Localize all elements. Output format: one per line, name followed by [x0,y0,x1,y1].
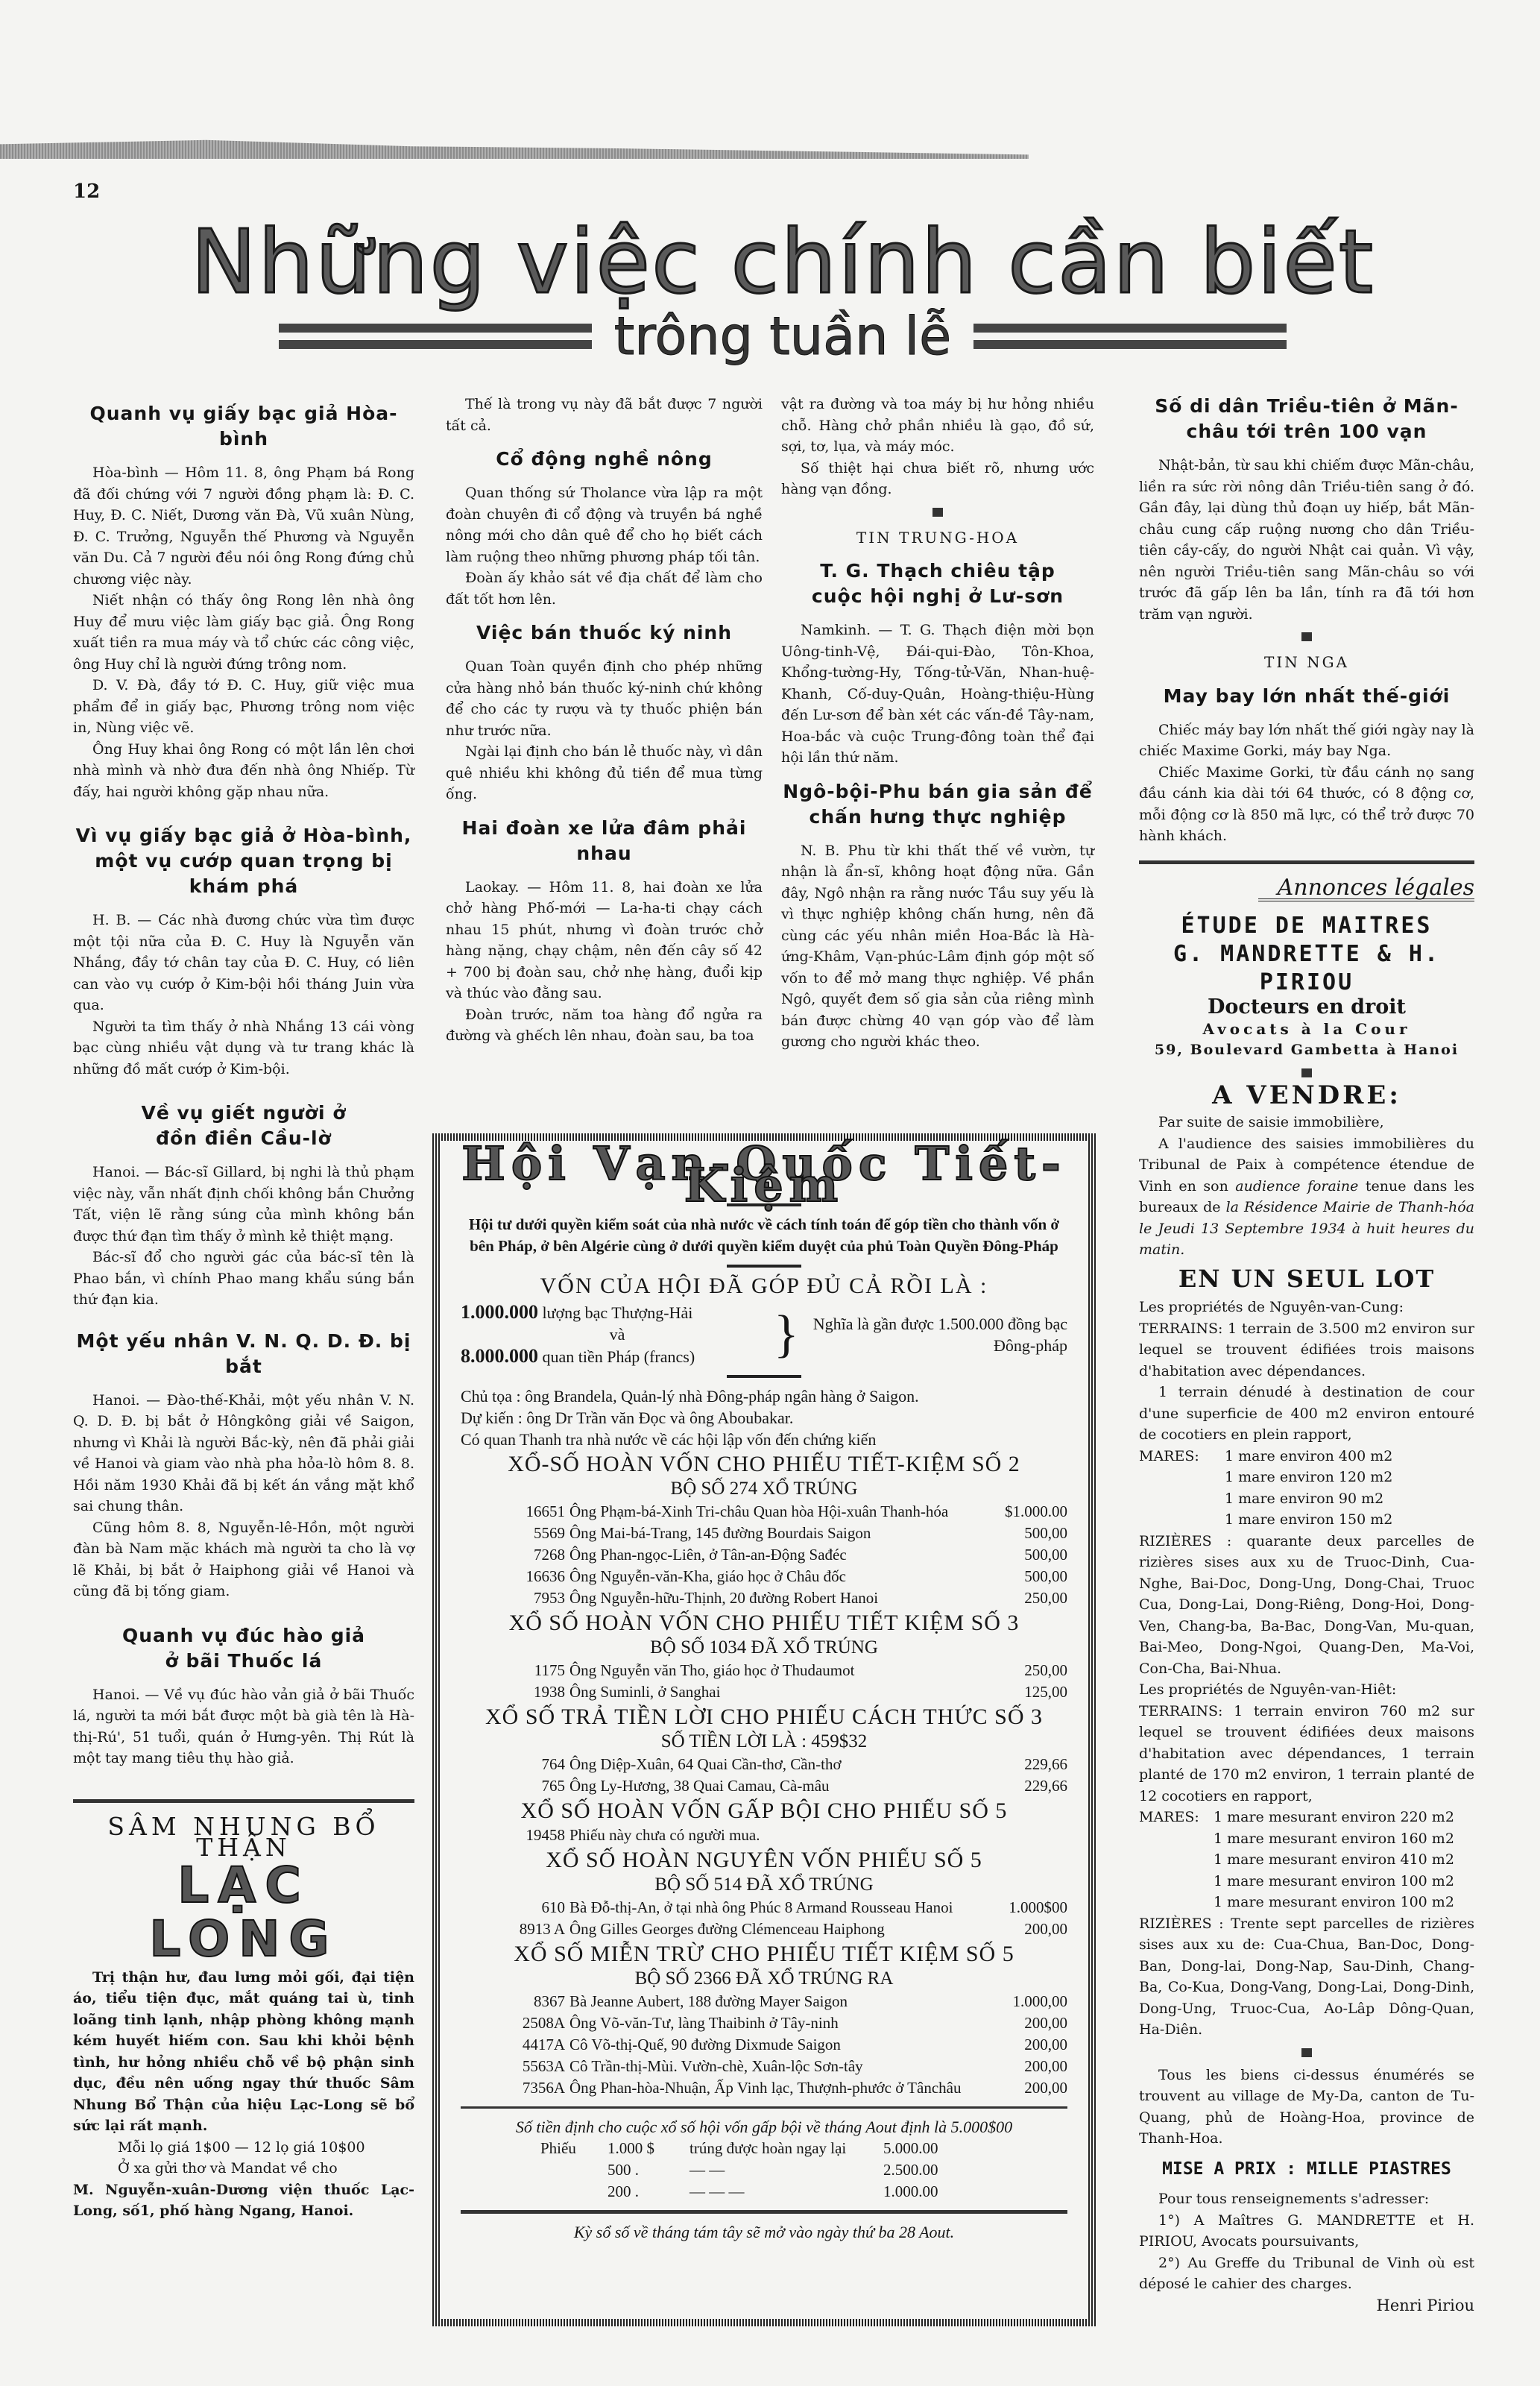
article-title: T. G. Thạch chiêu tập cuộc hội nghị ở Lư… [781,558,1094,609]
article-paragraph: H. B. — Các nhà đương chức vừa tìm được … [73,910,414,1016]
masthead-title: Những việc chính cần biết [171,216,1394,309]
column-2: Thế là trong vụ này đã bắt được 7 người … [446,394,763,1047]
draw-title: XỔ SỐ HOÀN VỐN GẤP BỘI CHO PHIẾU SỐ 5 [461,1800,1067,1822]
winner-name: Cô Võ-thị-Quế, 90 đường Dixmude Saigon [569,2034,981,2056]
property-terrains: TERRAINS: 1 terrain environ 760 m2 sur l… [1139,1701,1474,1807]
masthead-rule-right [973,324,1287,349]
legal-paragraph: Pour tous renseignements s'adresser: [1139,2188,1474,2210]
ticket-number: 19458 [461,1825,565,1846]
article-title: May bay lớn nhất thế-giới [1139,684,1474,709]
ad-intro: Hội tư dưới quyền kiểm soát của nhà nước… [461,1214,1067,1257]
ornament [1301,632,1312,641]
winner-row: 19458Phiếu này chưa có người mua. [461,1825,1067,1846]
winner-row: 7356AÔng Phan-hòa-Nhuận, Ấp Vinh lạc, Th… [461,2077,1067,2099]
ornament [932,508,943,517]
law-firm-role: Avocats à la Cour [1139,1019,1474,1040]
payout-ticket: 500 . [608,2159,689,2181]
article-title: Hai đoàn xe lửa đâm phải nhau [446,816,763,866]
lac-long-advertisement: SÂM NHUNG BỔ THẬN LẠC LONG Trị thận hư, … [73,1816,414,2222]
prize-amount: 1.000$00 [985,1897,1067,1918]
capital-unit: lượng bạc Thượng-Hải [543,1303,693,1322]
prize-amount: 125,00 [985,1681,1067,1703]
pond-item: 1 mare mesurant environ 100 m2 [1214,1871,1474,1892]
hoi-van-quoc-advertisement: Hội Vạn-Quốc Tiết-Kiệm Hội tư dưới quyền… [432,1133,1096,2326]
ad-title: Hội Vạn-Quốc Tiết-Kiệm [461,1153,1067,1196]
winner-name: Bà Jeanne Aubert, 188 đường Mayer Saigon [569,1991,981,2012]
legal-paragraph: Tous les biens ci-dessus énumérés se tro… [1139,2065,1474,2150]
draw-title: XỔ-SỐ HOÀN VỐN CHO PHIẾU TIẾT-KIỆM SỐ 2 [461,1453,1067,1475]
reserve-price: MISE A PRIX : MILLE PIASTRES [1139,2159,1474,2180]
pond-item: 1 mare mesurant environ 160 m2 [1214,1828,1474,1850]
article-paragraph: Hanoi. — Đào-thế-Khải, một yếu nhân V. N… [73,1390,414,1517]
ticket-number: 8367 [461,1991,565,2012]
winner-row: 8913 AÔng Gilles Georges đường Clémencea… [461,1918,1067,1940]
scan-edge-band [0,138,1029,159]
article-paragraph: Chiếc máy bay lớn nhất thế giới ngày nay… [1139,720,1474,762]
pond-item: 1 mare mesurant environ 410 m2 [1214,1849,1474,1871]
legal-paragraph: 1°) A Maîtres G. MANDRETTE et H. PIRIOU,… [1139,2210,1474,2253]
text-run-italic: audience foraine [1235,1178,1358,1194]
ticket-number: 610 [461,1897,565,1918]
prize-amount: 200,00 [985,2077,1067,2099]
ad-subtitle: SÂM NHUNG BỔ THẬN [73,1816,414,1859]
article-paragraph: D. V. Đà, đầy tớ Đ. C. Huy, giữ việc mua… [73,675,414,739]
law-firm-title: ÉTUDE DE MAITRES [1139,912,1474,940]
pond-item: 1 mare environ 150 m2 [1225,1509,1474,1531]
winner-row: 764Ông Diệp-Xuân, 64 Quai Cần-thơ, Cần-t… [461,1754,1067,1775]
ponds-list: MARES:1 mare environ 400 m2 1 mare envir… [1139,1446,1474,1531]
article-paragraph: Số thiệt hại chưa biết rõ, nhưng ước hàn… [781,458,1094,500]
winner-name: Bà Đỗ-thị-An, ở tại nhà ông Phúc 8 Arman… [569,1897,981,1918]
capital-amount: 8.000.000 [461,1345,538,1367]
lot-heading: EN UN SEUL LOT [1139,1268,1474,1290]
winner-name: Ông Phan-hòa-Nhuận, Ấp Vinh lạc, Thượnh-… [569,2077,981,2099]
payout-ticket: 1.000 $ [608,2138,689,2159]
article-paragraph: Quan Toàn quyền định cho phép những cửa … [446,656,763,741]
article-paragraph: Ông Huy khai ông Rong có một lần lên chơ… [73,739,414,803]
column-4: Số di dân Triều-tiên ở Mãn-châu tới trên… [1139,394,1474,2316]
winner-row: 5563ACô Trần-thị-Mùi. Vườn-chè, Xuân-lộc… [461,2056,1067,2077]
article-paragraph: Chiếc Maxime Gorki, từ đầu cánh nọ sang … [1139,762,1474,847]
ticket-number: 765 [461,1775,565,1797]
article-paragraph: Đoàn ấy khảo sát về địa chất để làm cho … [446,567,763,610]
legal-notices-header: Annonces légales [1258,878,1474,902]
capital-unit: quan tiền Pháp (francs) [543,1347,695,1366]
legal-paragraph: 2°) Au Greffe du Tribunal de Vinh où est… [1139,2253,1474,2295]
ticket-number: 5569 [461,1523,565,1544]
ticket-number: 7268 [461,1544,565,1566]
winner-name: Ông Suminli, ở Sanghai [569,1681,981,1703]
witnesses: Dự kiến : ông Dr Trần văn Đọc và ông Abo… [461,1407,1067,1429]
article-paragraph: Hanoi. — Bác-sĩ Gillard, bị nghi là thủ … [73,1162,414,1247]
article-title: Số di dân Triều-tiên ở Mãn-châu tới trên… [1139,394,1474,444]
signature: Henri Piriou [1139,2295,1474,2317]
article-paragraph: Niết nhận có thấy ông Rong lên nhà ông H… [73,590,414,675]
article-paragraph: Hòa-bình — Hôm 11. 8, ông Phạm bá Rong đ… [73,462,414,590]
capital-amounts: 1.000.000 lượng bạc Thượng-Hải và 8.000.… [461,1301,774,1367]
winner-name: Ông Diệp-Xuân, 64 Quai Cần-thơ, Cần-thơ [569,1754,981,1775]
ponds-label: MARES: [1139,1807,1214,1828]
column-1: Quanh vụ giấy bạc giả Hòa-bình Hòa-bình … [73,401,414,2222]
capital-equivalent: Nghĩa là gần được 1.500.000 đồng bạc Đôn… [789,1313,1067,1356]
draw-title: XỔ SỐ HOÀN VỐN CHO PHIẾU TIẾT KIỆM SỐ 3 [461,1612,1067,1634]
draw-subtitle: BỘ SỐ 274 XỔ TRÚNG [461,1478,1067,1499]
ad-mail: Ở xa gửi thơ và Mandat về cho [73,2158,414,2179]
article-title: Quanh vụ đúc hào giả ở bãi Thuốc lá [73,1623,414,1674]
pond-item: 1 mare mesurant environ 100 m2 [1214,1892,1474,1913]
winner-name: Ông Phạm-bá-Xinh Tri-châu Quan hòa Hội-x… [569,1501,981,1523]
article-paragraph: Đoàn trước, năm toa hàng đổ ngửa ra đườn… [446,1004,763,1047]
prize-amount: 229,66 [985,1754,1067,1775]
ticket-number: 1175 [461,1660,565,1681]
winner-row: 7268Ông Phan-ngọc-Liên, ở Tân-an-Động Sa… [461,1544,1067,1566]
article-paragraph: Người ta tìm thấy ở nhà Nhắng 13 cái vòn… [73,1016,414,1080]
property-ricefields: RIZIÈRES : Trente sept parcelles de rizi… [1139,1913,1474,2041]
pond-item: 1 mare environ 120 m2 [1225,1467,1474,1488]
inspector: Có quan Thanh tra nhà nước về các hội lậ… [461,1429,1067,1450]
article-paragraph: Bác-sĩ đổ cho người gác của bác-sĩ tên l… [73,1247,414,1311]
ticket-number: 16636 [461,1566,565,1587]
winner-row: 16651Ông Phạm-bá-Xinh Tri-châu Quan hòa … [461,1501,1067,1523]
winner-row: 2508AÔng Võ-văn-Tư, làng Thaibinh ở Tây-… [461,2012,1067,2034]
article-title: Vì vụ giấy bạc giả ở Hòa-bình, một vụ cư… [73,823,414,899]
article-title: Một yếu nhân V. N. Q. D. Đ. bị bắt [73,1329,414,1379]
masthead-subtitle: trông tuần lễ [614,306,951,367]
prize-amount: 200,00 [985,1918,1067,1940]
ticket-number: 7356A [461,2077,565,2099]
pond-item: 1 mare mesurant environ 220 m2 [1214,1807,1474,1828]
prize-amount: 229,66 [985,1775,1067,1797]
article-title: Cổ động nghề nông [446,447,763,472]
draw-title: XỔ SỐ HOÀN NGUYÊN VỐN PHIẾU SỐ 5 [461,1849,1067,1871]
payout-text: — — — [689,2181,883,2203]
article-paragraph: Namkinh. — T. G. Thạch điện mời bọn Uông… [781,620,1094,769]
capital-heading: VỐN CỦA HỘI ĐÃ GÓP ĐỦ CẢ RỒI LÀ : [461,1275,1067,1297]
prize-amount: 200,00 [985,2034,1067,2056]
payout-text: trúng được hoàn ngay lại [689,2138,883,2159]
prize-amount: 500,00 [985,1544,1067,1566]
ticket-number: 16651 [461,1501,565,1523]
article-paragraph: Laokay. — Hôm 11. 8, hai đoàn xe lửa chở… [446,877,763,1004]
payout-ticket: 200 . [608,2181,689,2203]
article-paragraph: Cũng hôm 8. 8, Nguyễn-lê-Hồn, một người … [73,1517,414,1602]
divider [461,2106,1067,2109]
property-owner: Les propriétés de Nguyên-van-Hiêt: [1139,1679,1474,1701]
property-terrains: 1 terrain dénudé à destination de cour d… [1139,1382,1474,1446]
ad-address: M. Nguyễn-xuân-Dương viện thuốc Lạc-Long… [73,2179,414,2222]
prize-amount: 200,00 [985,2012,1067,2034]
payout-label: Phiếu [540,2138,608,2159]
ticket-number: 764 [461,1754,565,1775]
winner-row: 4417ACô Võ-thị-Quế, 90 đường Dixmude Sai… [461,2034,1067,2056]
prize-amount: 200,00 [985,2056,1067,2077]
payout-row: Phiếu1.000 $trúng được hoàn ngay lại5.00… [461,2138,1067,2159]
ornament [1301,1068,1312,1077]
winner-name: Ông Nguyễn-hữu-Thịnh, 20 đường Robert Ha… [569,1587,981,1609]
ornament [1301,2048,1312,2057]
draw-subtitle: BỘ SỐ 2366 ĐÃ XỔ TRÚNG RA [461,1968,1067,1989]
article-title: Việc bán thuốc ký ninh [446,620,763,646]
divider [727,1265,801,1268]
chairman: Chủ tọa : ông Brandela, Quản-lý nhà Đông… [461,1385,1067,1407]
property-owner: Les propriétés de Nguyên-van-Cung: [1139,1297,1474,1318]
divider [727,1375,801,1378]
article-paragraph: Nhật-bản, từ sau khi chiếm được Mãn-châu… [1139,455,1474,625]
winner-name: Cô Trần-thị-Mùi. Vườn-chè, Xuân-lộc Sơn-… [569,2056,981,2077]
section-label: TIN TRUNG-HOA [781,527,1094,549]
ticket-number: 8913 A [461,1918,565,1940]
draw-title: XỔ SỐ MIỄN TRỪ CHO PHIẾU TIẾT KIỆM SỐ 5 [461,1943,1067,1965]
prize-amount: 250,00 [985,1587,1067,1609]
draw-subtitle: BỘ SỐ 514 ĐÃ XỔ TRÚNG [461,1874,1067,1895]
ponds-list: MARES:1 mare mesurant environ 220 m2 1 m… [1139,1807,1474,1913]
payout-row: 500 .— —2.500.00 [461,2159,1067,2181]
section-label: TIN NGA [1139,652,1474,673]
payout-amount: 5.000.00 [883,2138,988,2159]
legal-paragraph: Par suite de saisie immobilière, [1139,1112,1474,1133]
winner-row: 16636Ông Nguyễn-văn-Kha, giáo học ở Châu… [461,1566,1067,1587]
prize-amount: $1.000.00 [985,1501,1067,1523]
column-3: vật ra đường và toa máy bị hư hỏng nhiều… [781,394,1094,1053]
masthead-rule-left [279,324,592,349]
article-paragraph: Hanoi. — Về vụ đúc hào vản giả ở bãi Thu… [73,1684,414,1769]
law-firm-credential: Docteurs en droit [1139,997,1474,1019]
winner-name: Phiếu này chưa có người mua. [569,1825,981,1846]
divider [73,1799,414,1803]
ticket-number: 5563A [461,2056,565,2077]
payout-row: 200 .— — —1.000.00 [461,2181,1067,2203]
payout-label [540,2181,608,2203]
winner-name: Ông Nguyễn-văn-Kha, giáo học ở Châu đốc [569,1566,981,1587]
property-ricefields: RIZIÈRES : quarante deux parcelles de ri… [1139,1531,1474,1680]
draw-title: XỔ SỐ TRẢ TIỀN LỜI CHO PHIẾU CÁCH THỨC S… [461,1706,1067,1728]
divider [1139,860,1474,864]
next-draw-note: Kỳ sổ số về tháng tám tây sẽ mở vào ngày… [461,2221,1067,2243]
payout-label [540,2159,608,2181]
winner-name: Ông Phan-ngọc-Liên, ở Tân-an-Động Sađéc [569,1544,981,1566]
legal-paragraph: A l'audience des saisies immobilières du… [1139,1133,1474,1261]
winner-row: 1175Ông Nguyễn văn Tho, giáo học ở Thuda… [461,1660,1067,1681]
article-title: Ngô-bội-Phu bán gia sản để chấn hưng thự… [781,779,1094,830]
ad-body: Trị thận hư, đau lưng mỏi gối, đại tiện … [73,1967,414,2137]
sale-heading: A VENDRE: [1139,1085,1474,1107]
winner-row: 1938Ông Suminli, ở Sanghai125,00 [461,1681,1067,1703]
winner-name: Ông Gilles Georges đường Clémenceau Haip… [569,1918,981,1940]
article-title: Quanh vụ giấy bạc giả Hòa-bình [73,401,414,452]
draw-subtitle: BỘ SỐ 1034 ĐÃ XỔ TRÚNG [461,1637,1067,1658]
law-firm-address: 59, Boulevard Gambetta à Hanoi [1139,1039,1474,1061]
article-title: Về vụ giết người ở đồn điền Cầu-lờ [73,1101,414,1151]
capital-amount: 1.000.000 [461,1301,538,1323]
prize-amount: 500,00 [985,1523,1067,1544]
brace-icon: } [774,1309,789,1361]
winner-row: 8367Bà Jeanne Aubert, 188 đường Mayer Sa… [461,1991,1067,2012]
prize-amount: 1.000,00 [985,1991,1067,2012]
article-paragraph: Quan thống sứ Tholance vừa lập ra một đo… [446,482,763,567]
ad-price: Mỗi lọ giá 1$00 — 12 lọ giá 10$00 [73,2137,414,2159]
pond-item: 1 mare environ 400 m2 [1225,1446,1474,1467]
masthead: Những việc chính cần biết trông tuần lễ [171,216,1394,367]
winner-name: Ông Ly-Hương, 38 Quai Camau, Cà-mâu [569,1775,981,1797]
page-number: 12 [73,180,100,203]
draw-subtitle: SỐ TIỀN LỜI LÀ : 459$32 [461,1731,1067,1752]
prize-amount: 250,00 [985,1660,1067,1681]
article-paragraph: N. B. Phu từ khi thất thế về vườn, tự nh… [781,840,1094,1053]
article-paragraph: Ngài lại định cho bán lẻ thuốc này, vì d… [446,741,763,805]
capital-and: và [461,1323,774,1345]
ad-brand: LẠC LONG [73,1859,414,1967]
prize-amount: 500,00 [985,1566,1067,1587]
winner-name: Ông Võ-văn-Tư, làng Thaibinh ở Tây-ninh [569,2012,981,2034]
winner-name: Ông Mai-bá-Trang, 145 đường Bourdais Sai… [569,1523,981,1544]
law-firm-names: G. MANDRETTE & H. PIRIOU [1139,940,1474,997]
payout-amount: 2.500.00 [883,2159,988,2181]
payout-text: — — [689,2159,883,2181]
prize-amount [985,1825,1067,1846]
ticket-number: 4417A [461,2034,565,2056]
winner-row: 7953Ông Nguyễn-hữu-Thịnh, 20 đường Rober… [461,1587,1067,1609]
pond-item: 1 mare environ 90 m2 [1225,1488,1474,1510]
winner-row: 610Bà Đỗ-thị-An, ở tại nhà ông Phúc 8 Ar… [461,1897,1067,1918]
fund-note: Số tiền định cho cuộc xổ số hội vốn gấp … [461,2116,1067,2138]
ticket-number: 7953 [461,1587,565,1609]
property-terrains: TERRAINS: 1 terrain de 3.500 m2 environ … [1139,1318,1474,1382]
divider [461,2210,1067,2214]
winner-name: Ông Nguyễn văn Tho, giáo học ở Thudaumot [569,1660,981,1681]
winner-row: 765Ông Ly-Hương, 38 Quai Camau, Cà-mâu22… [461,1775,1067,1797]
capital-block: 1.000.000 lượng bạc Thượng-Hải và 8.000.… [461,1301,1067,1367]
payout-amount: 1.000.00 [883,2181,988,2203]
article-paragraph: vật ra đường và toa máy bị hư hỏng nhiều… [781,394,1094,458]
ponds-label: MARES: [1139,1446,1225,1467]
article-paragraph: Thế là trong vụ này đã bắt được 7 người … [446,394,763,436]
winner-row: 5569Ông Mai-bá-Trang, 145 đường Bourdais… [461,1523,1067,1544]
ticket-number: 2508A [461,2012,565,2034]
ticket-number: 1938 [461,1681,565,1703]
